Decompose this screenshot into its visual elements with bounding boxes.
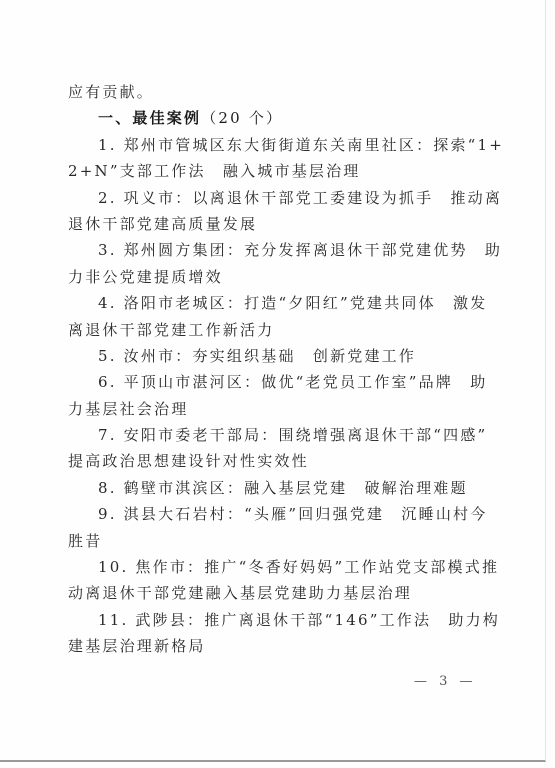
case-item-line: 提高政治思想建设针对性实效性 [68, 448, 492, 474]
section-heading-label: 一、最佳案例 [98, 109, 201, 127]
case-item-line: 6. 平顶山市湛河区：做优“老党员工作室”品牌 助 [68, 369, 492, 395]
section-heading-count: （20 个） [201, 109, 283, 127]
case-item-line: 1. 郑州市管城区东大街街道东关南里社区：探索“1+ [68, 132, 492, 158]
case-item-line: 退休干部党建高质量发展 [68, 211, 492, 237]
case-item-line: 4. 洛阳市老城区：打造“夕阳红”党建共同体 激发 [68, 290, 492, 316]
case-item-line: 11. 武陟县：推广离退休干部“146”工作法 助力构 [68, 607, 492, 633]
case-item-9: 9. 淇县大石岩村：“头雁”回归强党建 沉睡山村今 胜昔 [68, 501, 492, 554]
case-item-line: 7. 安阳市委老干部局：围绕增强离退休干部“四感” [68, 422, 492, 448]
case-item-line: 9. 淇县大石岩村：“头雁”回归强党建 沉睡山村今 [68, 501, 492, 527]
case-item-line: 力基层社会治理 [68, 396, 492, 422]
case-item-7: 7. 安阳市委老干部局：围绕增强离退休干部“四感” 提高政治思想建设针对性实效性 [68, 422, 492, 475]
case-item-line: 2+N”支部工作法 融入城市基层治理 [68, 158, 492, 184]
case-item-line: 建基层治理新格局 [68, 633, 492, 659]
case-item-11: 11. 武陟县：推广离退休干部“146”工作法 助力构 建基层治理新格局 [68, 607, 492, 660]
case-item-line: 10. 焦作市：推广“冬香好妈妈”工作站党支部模式推 [68, 554, 492, 580]
case-item-line: 胜昔 [68, 528, 492, 554]
section-heading: 一、最佳案例（20 个） [68, 105, 492, 131]
case-item-10: 10. 焦作市：推广“冬香好妈妈”工作站党支部模式推 动离退休干部党建融入基层党… [68, 554, 492, 607]
case-item-5: 5. 汝州市：夯实组织基础 创新党建工作 [68, 343, 492, 369]
case-item-line: 5. 汝州市：夯实组织基础 创新党建工作 [68, 343, 492, 369]
document-body: 应有贡献。 一、最佳案例（20 个） 1. 郑州市管城区东大街街道东关南里社区：… [68, 79, 492, 660]
page-number: — 3 — [414, 674, 477, 689]
case-item-4: 4. 洛阳市老城区：打造“夕阳红”党建共同体 激发 离退休干部党建工作新活力 [68, 290, 492, 343]
case-item-1: 1. 郑州市管城区东大街街道东关南里社区：探索“1+ 2+N”支部工作法 融入城… [68, 132, 492, 185]
case-item-line: 2. 巩义市：以离退休干部党工委建设为抓手 推动离 [68, 185, 492, 211]
case-item-line: 3. 郑州圆方集团：充分发挥离退休干部党建优势 助 [68, 237, 492, 263]
case-item-6: 6. 平顶山市湛河区：做优“老党员工作室”品牌 助 力基层社会治理 [68, 369, 492, 422]
case-item-2: 2. 巩义市：以离退休干部党工委建设为抓手 推动离 退休干部党建高质量发展 [68, 185, 492, 238]
carryover-line: 应有贡献。 [68, 79, 492, 105]
case-item-line: 8. 鹤壁市淇滨区：融入基层党建 破解治理难题 [68, 475, 492, 501]
case-item-line: 离退休干部党建工作新活力 [68, 317, 492, 343]
case-item-line: 动离退休干部党建融入基层党建助力基层治理 [68, 580, 492, 606]
case-item-line: 力非公党建提质增效 [68, 264, 492, 290]
document-page: 应有贡献。 一、最佳案例（20 个） 1. 郑州市管城区东大街街道东关南里社区：… [0, 0, 546, 762]
case-item-3: 3. 郑州圆方集团：充分发挥离退休干部党建优势 助 力非公党建提质增效 [68, 237, 492, 290]
case-item-8: 8. 鹤壁市淇滨区：融入基层党建 破解治理难题 [68, 475, 492, 501]
